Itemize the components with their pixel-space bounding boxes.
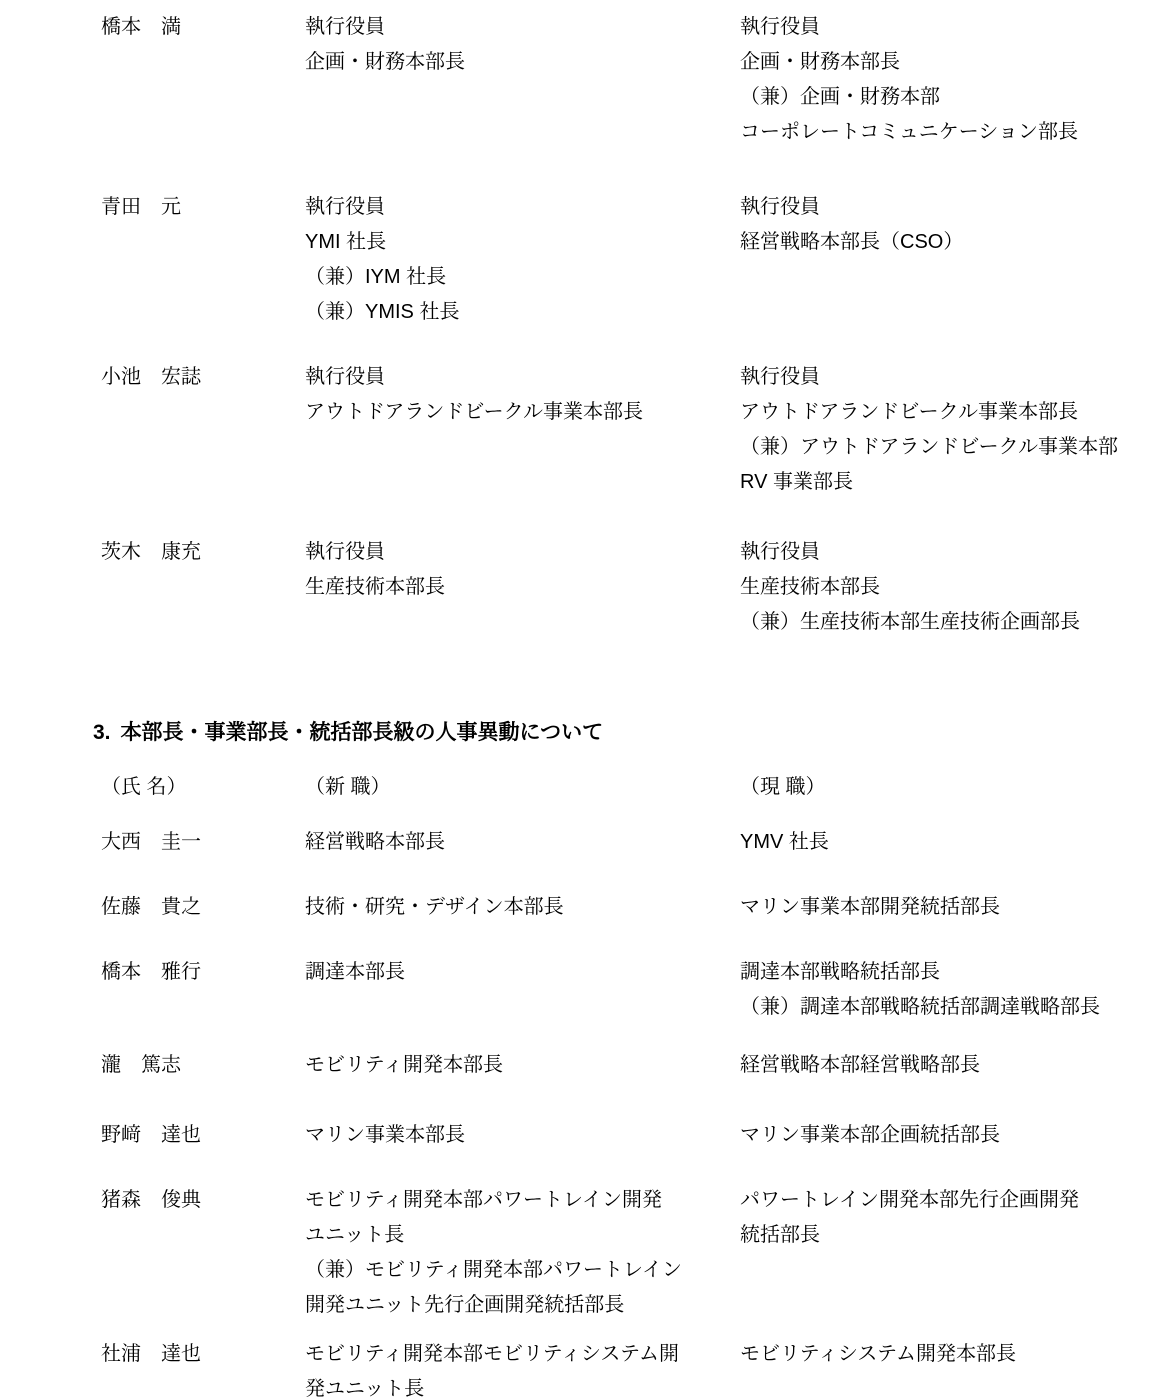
current-position-cell: マリン事業本部開発統括部長 <box>740 890 1165 925</box>
name-cell: 大西 圭一 <box>101 825 305 860</box>
name-cell: 橋本 雅行 <box>101 955 305 990</box>
table-row: 瀧 篤志 モビリティ開発本部長 経営戦略本部経営戦略部長 <box>0 1048 1175 1083</box>
table-row: 大西 圭一 経営戦略本部長 YMV 社長 <box>0 825 1175 860</box>
name-cell: 野﨑 達也 <box>101 1118 305 1153</box>
current-position-cell: パワートレイン開発本部先行企画開発 統括部長 <box>740 1183 1165 1253</box>
section-title: 本部長・事業部長・統括部長級の人事異動について <box>121 715 604 750</box>
table-row: 佐藤 貴之 技術・研究・デザイン本部長 マリン事業本部開発統括部長 <box>0 890 1175 925</box>
new-position-cell: マリン事業本部長 <box>305 1118 740 1153</box>
current-position-cell: 執行役員 生産技術本部長 （兼）生産技術本部生産技術企画部長 <box>740 535 1165 640</box>
name-cell: 茨木 康充 <box>101 535 305 570</box>
current-position-cell: YMV 社長 <box>740 825 1165 860</box>
current-position-cell: 経営戦略本部経営戦略部長 <box>740 1048 1165 1083</box>
name-cell: 猪森 俊典 <box>101 1183 305 1218</box>
new-position-cell: 執行役員 生産技術本部長 <box>305 535 740 605</box>
name-cell: 橋本 満 <box>101 10 305 45</box>
name-cell: 瀧 篤志 <box>101 1048 305 1083</box>
table-row: 青田 元 執行役員 YMI 社長 （兼）IYM 社長 （兼）YMIS 社長 執行… <box>0 190 1175 330</box>
name-cell: 佐藤 貴之 <box>101 890 305 925</box>
new-position-cell: 技術・研究・デザイン本部長 <box>305 890 740 925</box>
table-row: 小池 宏誌 執行役員 アウトドアランドビークル事業本部長 執行役員 アウトドアラ… <box>0 360 1175 500</box>
current-position-column-header: （現 職） <box>740 770 1165 805</box>
new-position-cell: 執行役員 YMI 社長 （兼）IYM 社長 （兼）YMIS 社長 <box>305 190 740 330</box>
current-position-cell: 執行役員 アウトドアランドビークル事業本部長 （兼）アウトドアランドビークル事業… <box>740 360 1165 500</box>
current-position-cell: マリン事業本部企画統括部長 <box>740 1118 1165 1153</box>
table-header-row: （氏 名） （新 職） （現 職） <box>0 770 1175 805</box>
personnel-announcement-page: 橋本 満 執行役員 企画・財務本部長 執行役員 企画・財務本部長 （兼）企画・財… <box>0 0 1175 1400</box>
name-cell: 社浦 達也 <box>101 1337 305 1372</box>
table-row: 野﨑 達也 マリン事業本部長 マリン事業本部企画統括部長 <box>0 1118 1175 1153</box>
table-row: 茨木 康充 執行役員 生産技術本部長 執行役員 生産技術本部長 （兼）生産技術本… <box>0 535 1175 640</box>
name-column-header: （氏 名） <box>101 770 305 805</box>
table-row: 橋本 雅行 調達本部長 調達本部戦略統括部長 （兼）調達本部戦略統括部調達戦略部… <box>0 955 1175 1025</box>
current-position-cell: 執行役員 企画・財務本部長 （兼）企画・財務本部 コーポレートコミュニケーション… <box>740 10 1165 150</box>
current-position-cell: 調達本部戦略統括部長 （兼）調達本部戦略統括部調達戦略部長 <box>740 955 1165 1025</box>
name-cell: 青田 元 <box>101 190 305 225</box>
current-position-cell: 執行役員 経営戦略本部長（CSO） <box>740 190 1165 260</box>
name-cell: 小池 宏誌 <box>101 360 305 395</box>
table-row: 橋本 満 執行役員 企画・財務本部長 執行役員 企画・財務本部長 （兼）企画・財… <box>0 10 1175 150</box>
new-position-column-header: （新 職） <box>305 770 740 805</box>
new-position-cell: 調達本部長 <box>305 955 740 990</box>
new-position-cell: 執行役員 企画・財務本部長 <box>305 10 740 80</box>
current-position-cell: モビリティシステム開発本部長 <box>740 1337 1165 1372</box>
section-heading: 3. 本部長・事業部長・統括部長級の人事異動について <box>93 715 1175 750</box>
table-row: 猪森 俊典 モビリティ開発本部パワートレイン開発 ユニット長 （兼）モビリティ開… <box>0 1183 1175 1323</box>
new-position-cell: モビリティ開発本部パワートレイン開発 ユニット長 （兼）モビリティ開発本部パワー… <box>305 1183 740 1323</box>
table-row: 社浦 達也 モビリティ開発本部モビリティシステム開 発ユニット長 モビリティシス… <box>0 1337 1175 1400</box>
new-position-cell: モビリティ開発本部長 <box>305 1048 740 1083</box>
new-position-cell: 執行役員 アウトドアランドビークル事業本部長 <box>305 360 740 430</box>
new-position-cell: 経営戦略本部長 <box>305 825 740 860</box>
section-number: 3. <box>93 715 111 750</box>
new-position-cell: モビリティ開発本部モビリティシステム開 発ユニット長 <box>305 1337 740 1400</box>
